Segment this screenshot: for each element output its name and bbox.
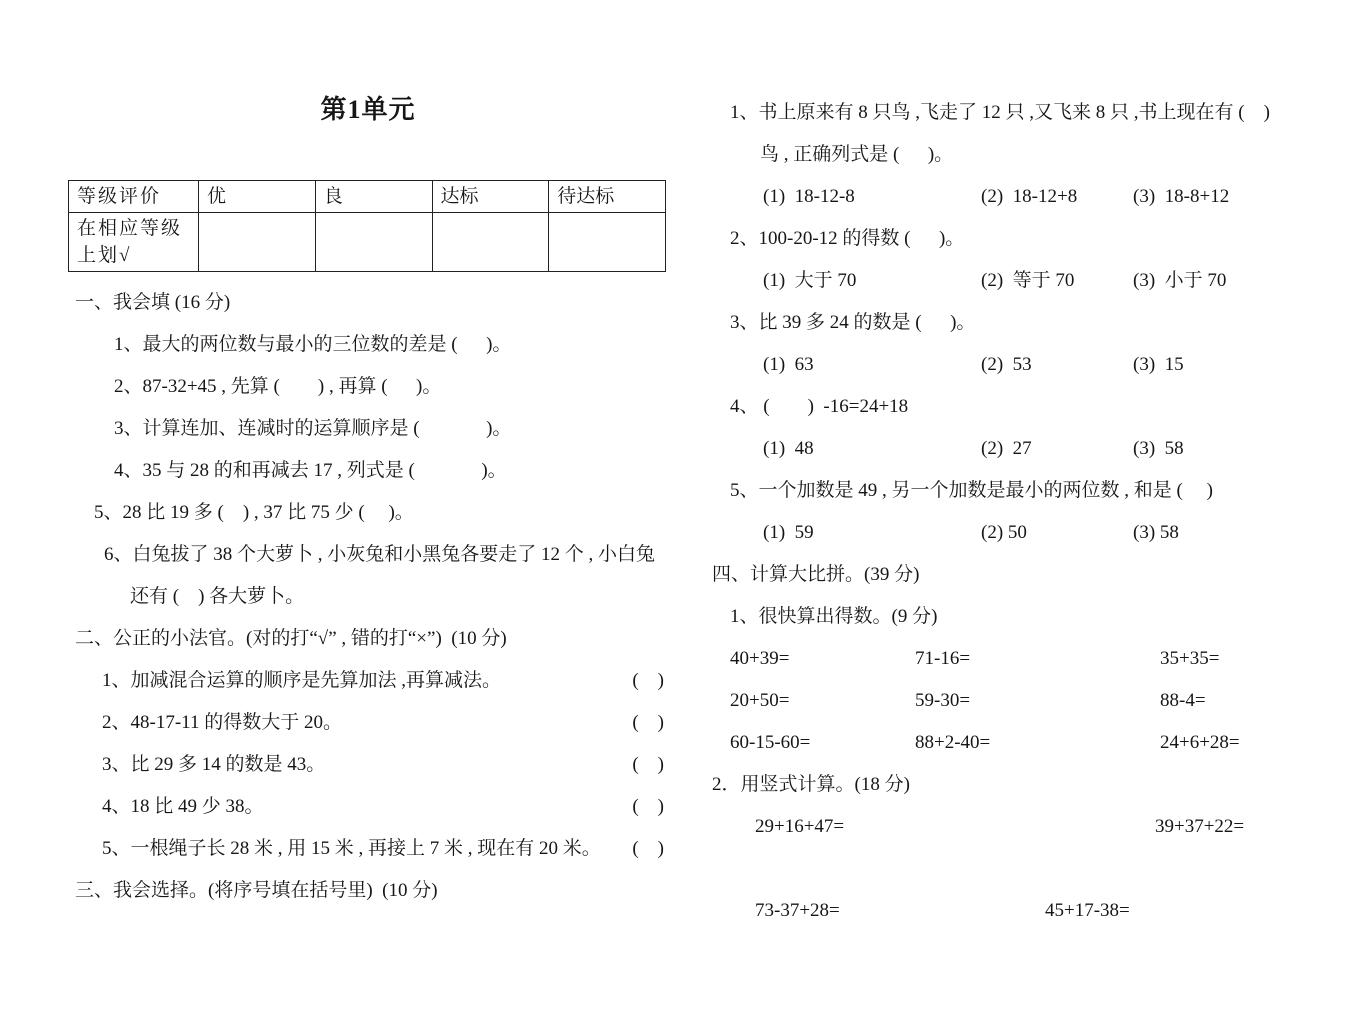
left-column: 第1单元 等级评价 优 良 达标 待达标 在相应等级上划√ 一、我会填 (16 … — [68, 0, 668, 912]
s3-q1-option-1: (1) 18-12-8 — [763, 176, 981, 218]
s2-question-1: 1、加减混合运算的顺序是先算加法 ,再算减法。 ( ) — [68, 660, 668, 702]
quick-calc-2-1: 20+50= — [730, 680, 915, 722]
grade-header-good: 良 — [315, 181, 432, 213]
s3-question-5-options: (1) 59 (2) 50 (3) 58 — [705, 512, 1305, 554]
grade-header-pass: 达标 — [432, 181, 549, 213]
grade-header-excellent: 优 — [199, 181, 316, 213]
s1-question-2: 2、87-32+45 , 先算 ( ) , 再算 ( )。 — [68, 366, 668, 408]
s2-question-3: 3、比 29 多 14 的数是 43。 ( ) — [68, 744, 668, 786]
s3-q3-option-2: (2) 53 — [981, 344, 1133, 386]
quick-calc-row-1: 40+39= 71-16= 35+35= — [705, 638, 1305, 680]
s3-question-1-options: (1) 18-12-8 (2) 18-12+8 (3) 18-8+12 — [705, 176, 1305, 218]
s3-question-4-options: (1) 48 (2) 27 (3) 58 — [705, 428, 1305, 470]
s2-question-3-text: 3、比 29 多 14 的数是 43。 — [102, 744, 325, 786]
quick-calc-3-3: 24+6+28= — [1160, 722, 1305, 764]
s2-question-5: 5、一根绳子长 28 米 , 用 15 米 , 再接上 7 米 , 现在有 20… — [68, 828, 668, 870]
section2-heading: 二、公正的小法官。(对的打“√” , 错的打“×”) (10 分) — [68, 618, 668, 660]
s3-q4-option-3: (3) 58 — [1133, 428, 1305, 470]
s3-q3-option-1: (1) 63 — [763, 344, 981, 386]
quick-calc-1-2: 71-16= — [915, 638, 1160, 680]
s1-question-3: 3、计算连加、连减时的运算顺序是 ( )。 — [68, 408, 668, 450]
s2-question-2-text: 2、48-17-11 的得数大于 20。 — [102, 702, 342, 744]
s3-q4-option-1: (1) 48 — [763, 428, 981, 470]
grade-header-label: 等级评价 — [69, 181, 199, 213]
quick-calc-1-3: 35+35= — [1160, 638, 1305, 680]
s3-q4-option-2: (2) 27 — [981, 428, 1133, 470]
s3-question-2: 2、100-20-12 的得数 ( )。 — [705, 218, 1305, 260]
grade-cell-good — [315, 213, 432, 272]
grade-table-header-row: 等级评价 优 良 达标 待达标 — [69, 181, 666, 213]
s3-q5-option-3: (3) 58 — [1133, 512, 1305, 554]
s3-q1-option-2: (2) 18-12+8 — [981, 176, 1133, 218]
vertical-calc-1-1: 29+16+47= — [755, 806, 1155, 848]
section3-heading: 三、我会选择。(将序号填在括号里) (10 分) — [68, 870, 668, 912]
s4-sub2-heading: 2．用竖式计算。(18 分) — [705, 764, 1305, 806]
grade-row-label: 在相应等级上划√ — [69, 213, 199, 272]
s3-q3-option-3: (3) 15 — [1133, 344, 1305, 386]
quick-calc-2-2: 59-30= — [915, 680, 1160, 722]
s2-question-5-text: 5、一根绳子长 28 米 , 用 15 米 , 再接上 7 米 , 现在有 20… — [102, 828, 601, 870]
vertical-calc-2-1: 73-37+28= — [755, 890, 1045, 932]
vertical-calc-row-2: 73-37+28= 45+17-38= — [705, 890, 1305, 932]
grade-cell-pass — [432, 213, 549, 272]
grade-table-mark-row: 在相应等级上划√ — [69, 213, 666, 272]
s2-question-4-answer-bracket: ( ) — [632, 786, 664, 828]
vertical-calc-2-2: 45+17-38= — [1045, 890, 1305, 932]
s2-question-4: 4、18 比 49 少 38。 ( ) — [68, 786, 668, 828]
s2-question-1-text: 1、加减混合运算的顺序是先算加法 ,再算减法。 — [102, 660, 501, 702]
s3-question-4: 4、 ( ) -16=24+18 — [705, 386, 1305, 428]
s3-q5-option-1: (1) 59 — [763, 512, 981, 554]
quick-calc-1-1: 40+39= — [730, 638, 915, 680]
page-title: 第1单元 — [68, 92, 668, 128]
s4-sub1-heading: 1、很快算出得数。(9 分) — [705, 596, 1305, 638]
section1-heading: 一、我会填 (16 分) — [68, 282, 668, 324]
grade-cell-excellent — [199, 213, 316, 272]
vertical-calc-row-1: 29+16+47= 39+37+22= — [705, 806, 1305, 848]
s2-question-2: 2、48-17-11 的得数大于 20。 ( ) — [68, 702, 668, 744]
s3-q2-option-2: (2) 等于 70 — [981, 260, 1133, 302]
right-column: 1、书上原来有 8 只鸟 ,飞走了 12 只 ,又飞来 8 只 ,书上现在有 (… — [705, 92, 1305, 932]
quick-calc-3-1: 60-15-60= — [730, 722, 915, 764]
s3-question-1-line2: 鸟 , 正确列式是 ( )。 — [705, 134, 1305, 176]
s2-question-1-answer-bracket: ( ) — [632, 660, 664, 702]
quick-calc-row-2: 20+50= 59-30= 88-4= — [705, 680, 1305, 722]
section4-heading: 四、计算大比拼。(39 分) — [705, 554, 1305, 596]
quick-calc-2-3: 88-4= — [1160, 680, 1305, 722]
s2-question-2-answer-bracket: ( ) — [632, 702, 664, 744]
s2-question-4-text: 4、18 比 49 少 38。 — [102, 786, 264, 828]
s3-q5-option-2: (2) 50 — [981, 512, 1133, 554]
s3-question-1-line1: 1、书上原来有 8 只鸟 ,飞走了 12 只 ,又飞来 8 只 ,书上现在有 (… — [705, 92, 1305, 134]
grade-cell-pending — [549, 213, 666, 272]
s3-q1-option-3: (3) 18-8+12 — [1133, 176, 1305, 218]
s3-question-5: 5、一个加数是 49 , 另一个加数是最小的两位数 , 和是 ( ) — [705, 470, 1305, 512]
s1-question-6-line2: 还有 ( ) 各大萝卜。 — [68, 576, 668, 618]
s1-question-5: 5、28 比 19 多 ( ) , 37 比 75 少 ( )。 — [68, 492, 668, 534]
s3-question-2-options: (1) 大于 70 (2) 等于 70 (3) 小于 70 — [705, 260, 1305, 302]
grade-table: 等级评价 优 良 达标 待达标 在相应等级上划√ — [68, 180, 666, 272]
s2-question-3-answer-bracket: ( ) — [632, 744, 664, 786]
s1-question-4: 4、35 与 28 的和再减去 17 , 列式是 ( )。 — [68, 450, 668, 492]
grade-header-pending: 待达标 — [549, 181, 666, 213]
vertical-calc-1-2: 39+37+22= — [1155, 806, 1305, 848]
s3-question-3: 3、比 39 多 24 的数是 ( )。 — [705, 302, 1305, 344]
s1-question-6-line1: 6、白兔拔了 38 个大萝卜 , 小灰兔和小黑兔各要走了 12 个 , 小白兔 — [68, 534, 668, 576]
s3-q2-option-1: (1) 大于 70 — [763, 260, 981, 302]
s1-question-1: 1、最大的两位数与最小的三位数的差是 ( )。 — [68, 324, 668, 366]
s2-question-5-answer-bracket: ( ) — [632, 828, 664, 870]
s3-question-3-options: (1) 63 (2) 53 (3) 15 — [705, 344, 1305, 386]
worksheet-page: 第1单元 等级评价 优 良 达标 待达标 在相应等级上划√ 一、我会填 (16 … — [0, 0, 1360, 1020]
quick-calc-row-3: 60-15-60= 88+2-40= 24+6+28= — [705, 722, 1305, 764]
s3-q2-option-3: (3) 小于 70 — [1133, 260, 1305, 302]
quick-calc-3-2: 88+2-40= — [915, 722, 1160, 764]
